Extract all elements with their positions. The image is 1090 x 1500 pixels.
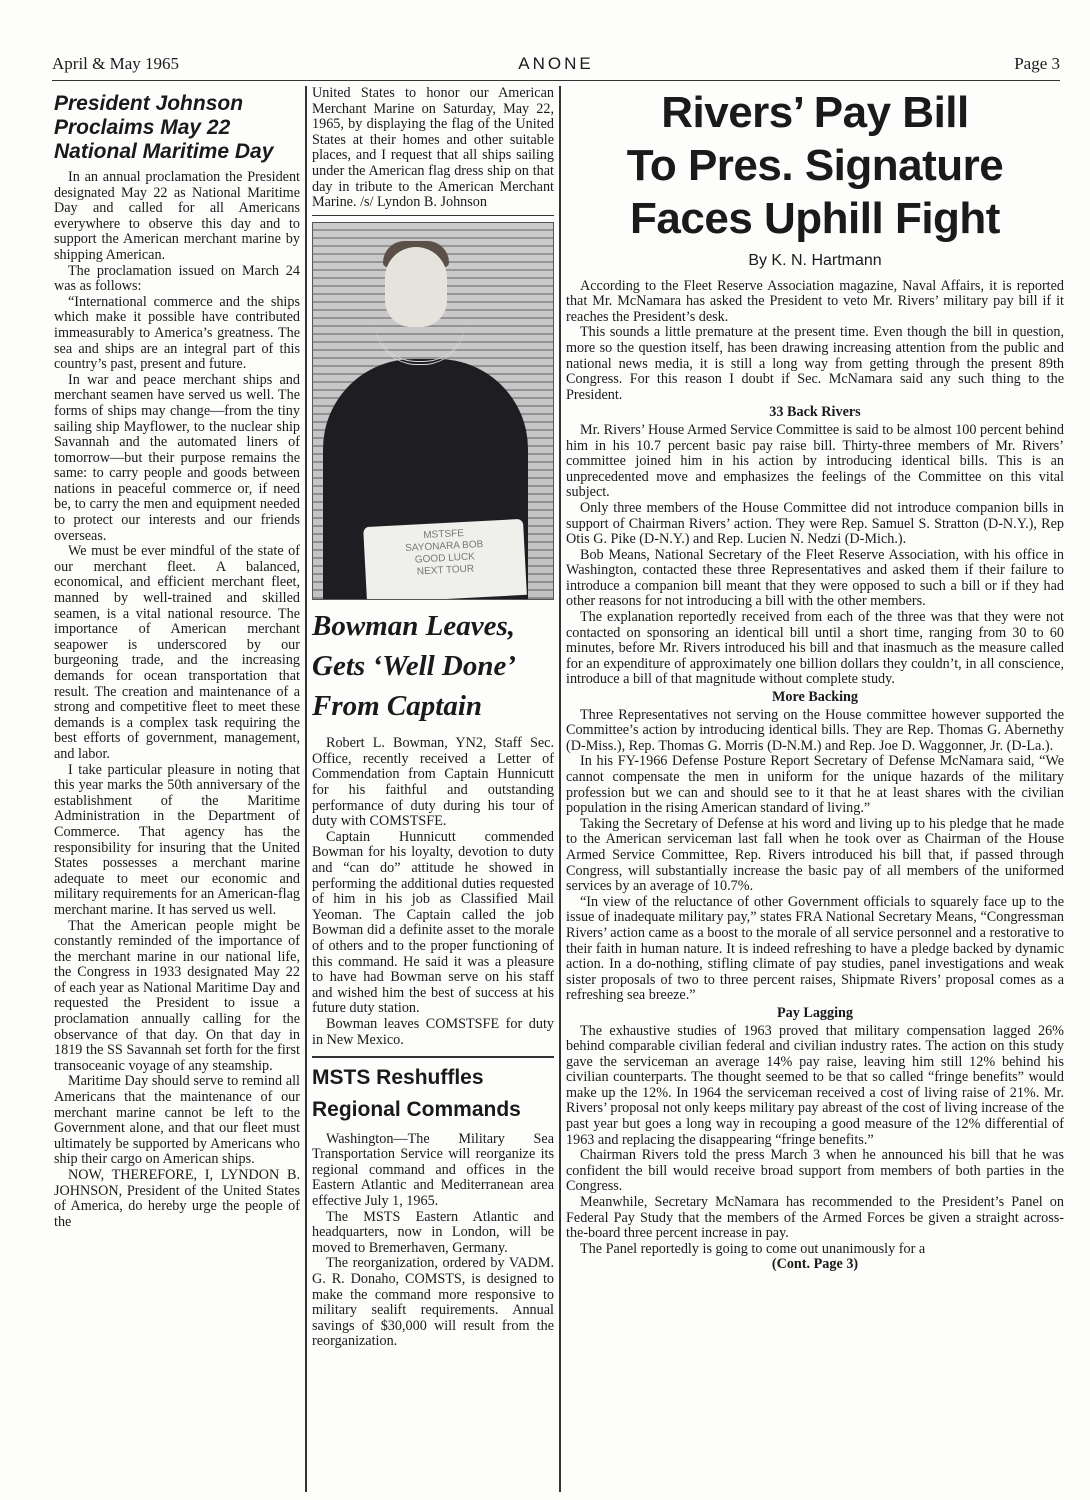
- middle-column: United States to honor our American Merc…: [312, 86, 554, 1350]
- publication-title: ANONE: [52, 54, 1060, 74]
- headline-bowman: Bowman Leaves, Gets ‘Well Done’ From Cap…: [312, 606, 554, 726]
- paragraph: This sounds a little premature at the pr…: [566, 325, 1064, 403]
- paragraph: Only three members of the House Committe…: [566, 501, 1064, 548]
- paragraph: We must be ever mindful of the state of …: [54, 544, 300, 762]
- headline-msts: MSTS Reshuffles Regional Commands: [312, 1062, 554, 1126]
- paragraph: Mr. Rivers’ House Armed Service Committe…: [566, 423, 1064, 501]
- paragraph: Three Representatives not serving on the…: [566, 708, 1064, 755]
- byline: By K. N. Hartmann: [566, 253, 1064, 269]
- sailor-face: [385, 247, 447, 327]
- paragraph: Washington—The Military Sea Transportati…: [312, 1132, 554, 1210]
- paragraph: According to the Fleet Reserve Associati…: [566, 279, 1064, 326]
- sailor-photo: MSTSFE SAYONARA BOB GOOD LUCK NEXT TOUR: [312, 222, 554, 600]
- article-rivers: Rivers’ Pay Bill To Pres. Signature Face…: [566, 86, 1064, 1273]
- paragraph: The exhaustive studies of 1963 proved th…: [566, 1024, 1064, 1149]
- headline-line: Rivers’ Pay Bill: [566, 86, 1064, 139]
- page-number: Page 3: [1014, 54, 1060, 74]
- paragraph: The proclamation issued on March 24 was …: [54, 264, 300, 295]
- article-johnson: President Johnson Proclaims May 22 Natio…: [54, 92, 300, 1230]
- column-divider: [305, 86, 307, 1492]
- paragraph: Maritime Day should serve to remind all …: [54, 1074, 300, 1168]
- paragraph: Taking the Secretary of Defense at his w…: [566, 817, 1064, 895]
- paragraph: Meanwhile, Secretary McNamara has recomm…: [566, 1195, 1064, 1242]
- masthead: April & May 1965 ANONE Page 3: [52, 52, 1060, 81]
- paragraph: Captain Hunnicutt commended Bowman for h…: [312, 830, 554, 1017]
- headline-line: Faces Uphill Fight: [566, 192, 1064, 245]
- paragraph: The Panel reportedly is going to come ou…: [566, 1242, 1064, 1258]
- paragraph: “International commerce and the ships wh…: [54, 295, 300, 373]
- paragraph: The reorganization, ordered by VADM. G. …: [312, 1256, 554, 1350]
- paragraph: The MSTS Eastern Atlantic and headquarte…: [312, 1210, 554, 1257]
- paragraph: “In view of the reluctance of other Gove…: [566, 895, 1064, 1004]
- paragraph: NOW, THEREFORE, I, LYNDON B. JOHNSON, Pr…: [54, 1168, 300, 1230]
- divider: [312, 1056, 554, 1058]
- paragraph: Bowman leaves COMSTSFE for duty in New M…: [312, 1017, 554, 1048]
- headline-johnson: President Johnson Proclaims May 22 Natio…: [54, 92, 300, 164]
- paragraph: Chairman Rivers told the press March 3 w…: [566, 1148, 1064, 1195]
- paragraph: In war and peace merchant ships and merc…: [54, 373, 300, 545]
- paragraph: The explanation reportedly received from…: [566, 610, 1064, 688]
- headline-line: To Pres. Signature: [566, 139, 1064, 192]
- continued-notice[interactable]: (Cont. Page 3): [566, 1257, 1064, 1273]
- subhead: More Backing: [566, 690, 1064, 706]
- article-johnson-continuation: United States to honor our American Merc…: [312, 86, 554, 211]
- subhead: 33 Back Rivers: [566, 405, 1064, 421]
- subhead: Pay Lagging: [566, 1006, 1064, 1022]
- headline-rivers: Rivers’ Pay Bill To Pres. Signature Face…: [566, 86, 1064, 245]
- paragraph: Bob Means, National Secretary of the Fle…: [566, 548, 1064, 610]
- paragraph: In his FY-1966 Defense Posture Report Se…: [566, 754, 1064, 816]
- farewell-cake: MSTSFE SAYONARA BOB GOOD LUCK NEXT TOUR: [363, 519, 527, 600]
- paragraph: Robert L. Bowman, YN2, Staff Sec. Office…: [312, 736, 554, 830]
- paragraph: In an annual proclamation the President …: [54, 170, 300, 264]
- divider: [312, 215, 554, 217]
- column-divider: [559, 86, 561, 1492]
- paragraph: That the American people might be consta…: [54, 919, 300, 1075]
- paragraph: I take particular pleasure in noting tha…: [54, 763, 300, 919]
